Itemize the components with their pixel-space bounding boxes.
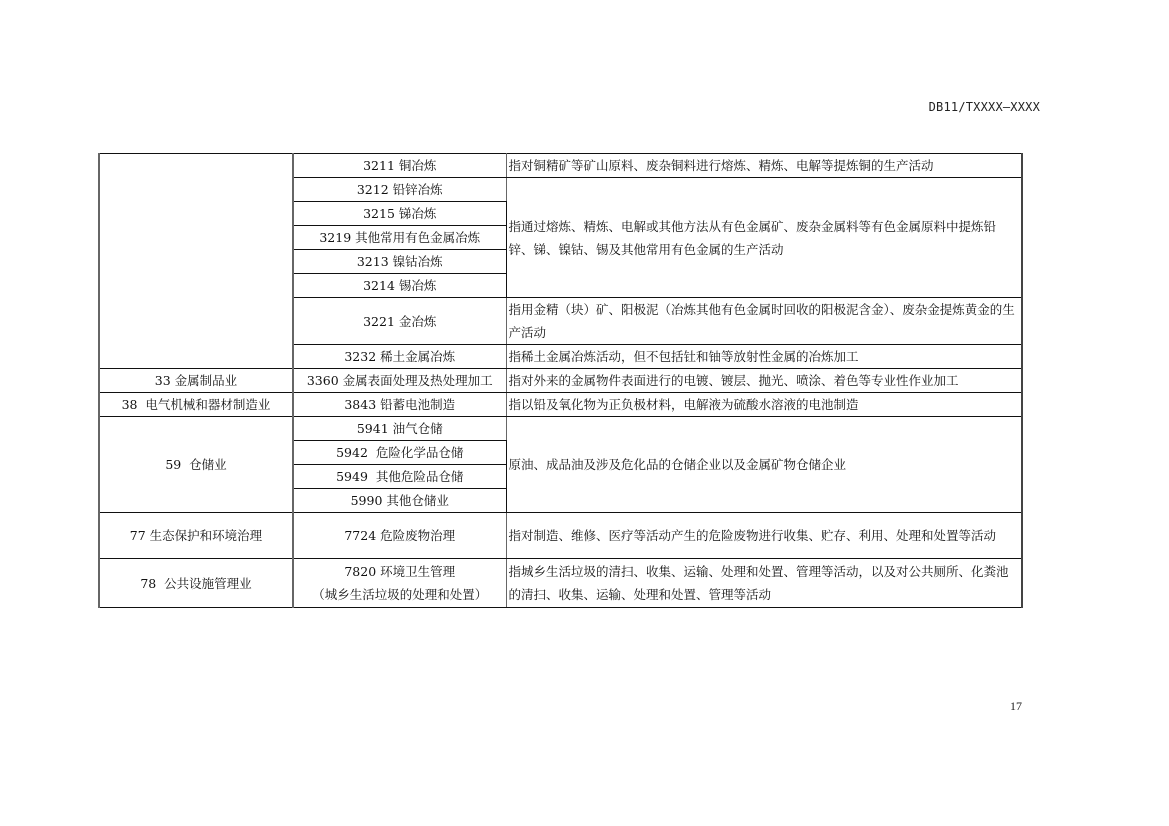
subcategory-cell: 7820 环境卫生管理 （城乡生活垃圾的处理和处置） xyxy=(293,559,506,608)
description-cell: 指通过熔炼、精炼、电解或其他方法从有色金属矿、废杂金属料等有色金属原料中提炼铅锌… xyxy=(506,178,1022,298)
table-row: 78 公共设施管理业 7820 环境卫生管理 （城乡生活垃圾的处理和处置） 指城… xyxy=(99,559,1022,608)
industry-cell: 77 生态保护和环境治理 xyxy=(99,513,293,559)
table-row: 77 生态保护和环境治理 7724 危险废物治理 指对制造、维修、医疗等活动产生… xyxy=(99,513,1022,559)
industry-cell xyxy=(99,154,293,369)
description-cell: 指稀土金属冶炼活动，但不包括钍和铀等放射性金属的冶炼加工 xyxy=(506,345,1022,369)
industry-classification-table: 3211 铜冶炼 指对铜精矿等矿山原料、废杂铜料进行熔炼、精炼、电解等提炼铜的生… xyxy=(98,153,1023,608)
subcategory-cell: 3211 铜冶炼 xyxy=(293,154,506,178)
description-cell: 指城乡生活垃圾的清扫、收集、运输、处理和处置、管理等活动，以及对公共厕所、化粪池… xyxy=(506,559,1022,608)
subcategory-cell: 5941 油气仓储 xyxy=(293,417,506,441)
subcategory-cell: 5942 危险化学品仓储 xyxy=(293,441,506,465)
industry-cell: 33 金属制品业 xyxy=(99,369,293,393)
description-cell: 指对制造、维修、医疗等活动产生的危险废物进行收集、贮存、利用、处理和处置等活动 xyxy=(506,513,1022,559)
table-row: 38 电气机械和器材制造业 3843 铅蓄电池制造 指以铅及氧化物为正负极材料，… xyxy=(99,393,1022,417)
subcategory-cell: 5990 其他仓储业 xyxy=(293,489,506,513)
subcategory-cell: 3213 镍钴冶炼 xyxy=(293,250,506,274)
subcategory-cell: 3221 金冶炼 xyxy=(293,298,506,345)
subcategory-cell: 3360 金属表面处理及热处理加工 xyxy=(293,369,506,393)
subcategory-cell: 3214 锡冶炼 xyxy=(293,274,506,298)
table-row: 59 仓储业 5941 油气仓储 原油、成品油及涉及危化品的仓储企业以及金属矿物… xyxy=(99,417,1022,441)
document-code: DB11/TXXXX—XXXX xyxy=(880,100,1040,114)
subcategory-cell: 3843 铅蓄电池制造 xyxy=(293,393,506,417)
table-row: 3211 铜冶炼 指对铜精矿等矿山原料、废杂铜料进行熔炼、精炼、电解等提炼铜的生… xyxy=(99,154,1022,178)
subcategory-note: （城乡生活垃圾的处理和处置） xyxy=(296,583,504,606)
industry-cell: 38 电气机械和器材制造业 xyxy=(99,393,293,417)
subcategory-cell: 3232 稀土金属冶炼 xyxy=(293,345,506,369)
table-row: 33 金属制品业 3360 金属表面处理及热处理加工 指对外来的金属物件表面进行… xyxy=(99,369,1022,393)
subcategory-cell: 7724 危险废物治理 xyxy=(293,513,506,559)
page-number: 17 xyxy=(1000,699,1022,714)
subcategory-cell: 3212 铅锌冶炼 xyxy=(293,178,506,202)
description-cell: 指以铅及氧化物为正负极材料，电解液为硫酸水溶液的电池制造 xyxy=(506,393,1022,417)
description-cell: 指用金精（块）矿、阳极泥（冶炼其他有色金属时回收的阳极泥含金）、废杂金提炼黄金的… xyxy=(506,298,1022,345)
subcategory-cell: 3219 其他常用有色金属冶炼 xyxy=(293,226,506,250)
subcategory-line: 7820 环境卫生管理 xyxy=(296,560,504,583)
description-cell: 指对铜精矿等矿山原料、废杂铜料进行熔炼、精炼、电解等提炼铜的生产活动 xyxy=(506,154,1022,178)
industry-cell: 59 仓储业 xyxy=(99,417,293,513)
industry-cell: 78 公共设施管理业 xyxy=(99,559,293,608)
description-cell: 指对外来的金属物件表面进行的电镀、镀层、抛光、喷涂、着色等专业性作业加工 xyxy=(506,369,1022,393)
subcategory-cell: 3215 锑冶炼 xyxy=(293,202,506,226)
subcategory-cell: 5949 其他危险品仓储 xyxy=(293,465,506,489)
description-cell: 原油、成品油及涉及危化品的仓储企业以及金属矿物仓储企业 xyxy=(506,417,1022,513)
